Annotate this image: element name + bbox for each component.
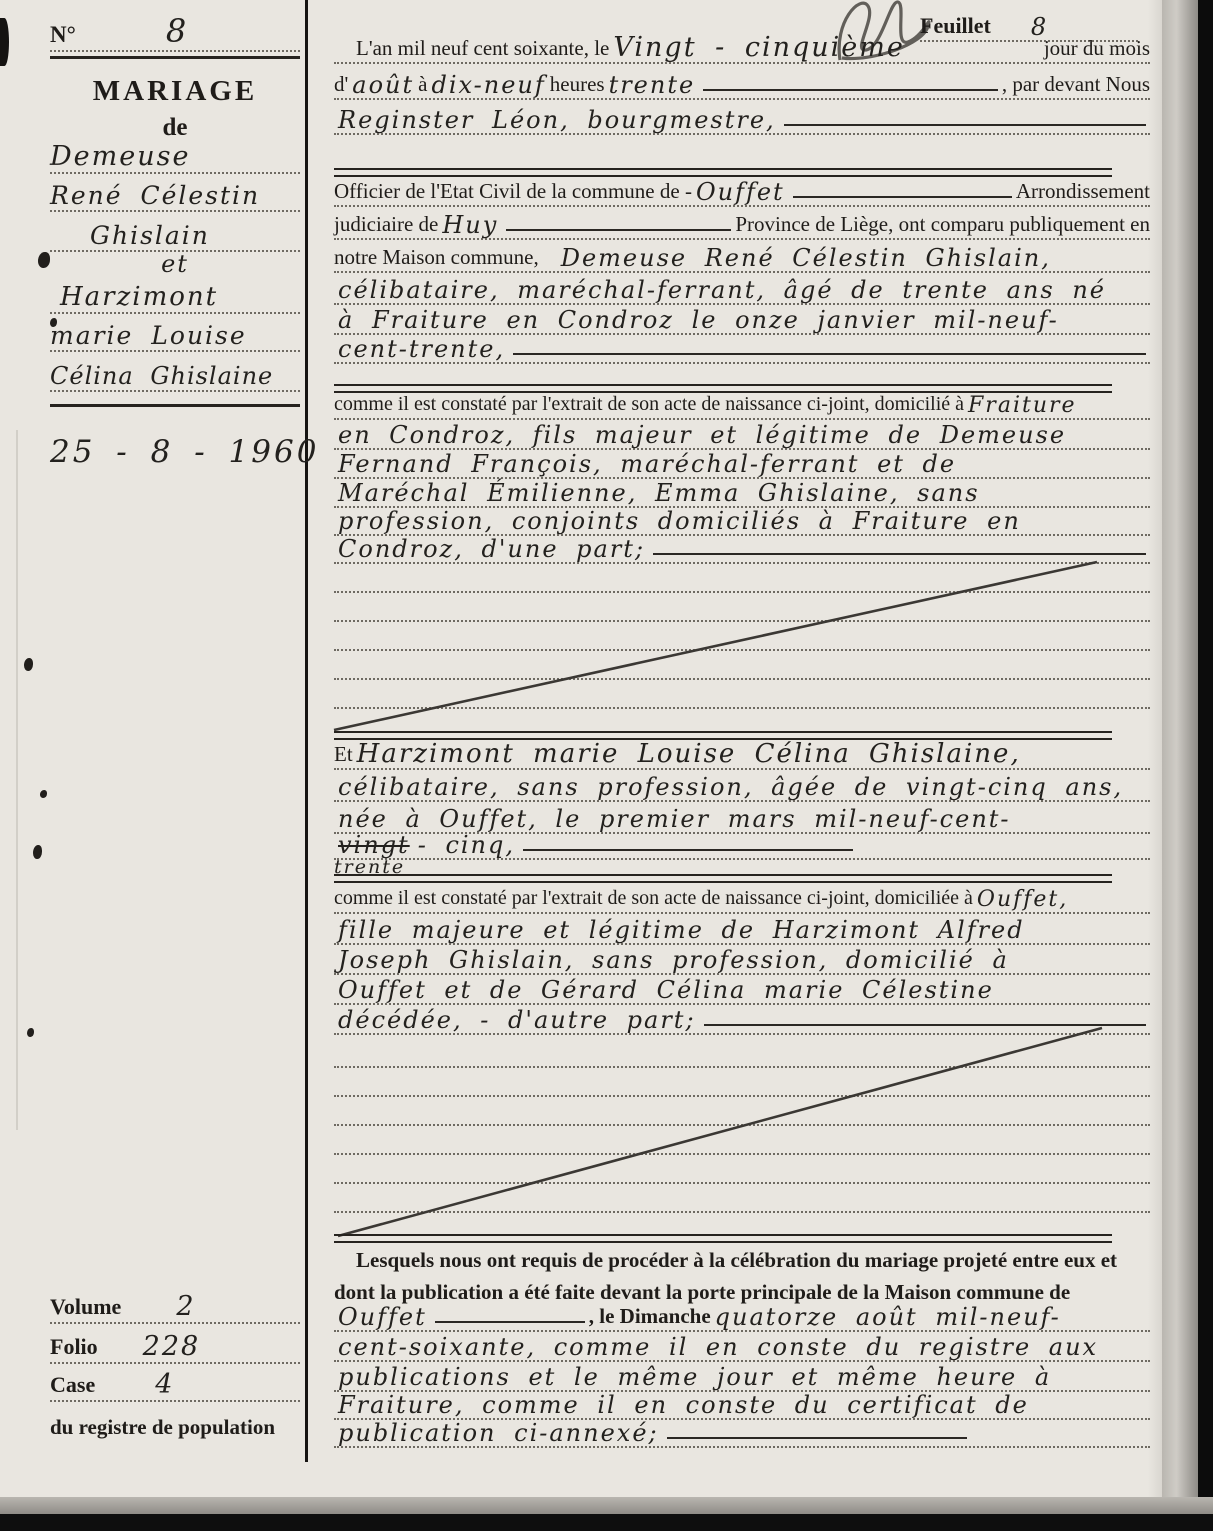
printed-segment: jour du mois: [1044, 37, 1150, 62]
ruled-fill-line: [667, 1437, 967, 1439]
marriage-register-page: N° 8 MARIAGE de Demeuse René Célestin Gh…: [0, 0, 1213, 1531]
margin-date-row: 25 - 8 - 1960: [50, 426, 300, 470]
ink-spot: [27, 1028, 34, 1037]
volume-row: Volume 2: [50, 1286, 300, 1324]
act-number-label: N°: [50, 22, 76, 50]
handwritten-segment: Vingt - cinquième: [609, 34, 908, 62]
scan-border-right: [1198, 0, 1213, 1531]
handwritten-segment: publication ci-annexé;: [334, 1421, 663, 1446]
register-note-row: du registre de population: [50, 1406, 300, 1440]
case-value: 4: [155, 1369, 174, 1400]
handwritten-segment: août: [348, 73, 418, 98]
bride-name-line: Célina Ghislaine: [50, 352, 300, 392]
bride-thirdname: Célina Ghislaine: [50, 362, 273, 390]
groom-surname: Demeuse: [50, 141, 190, 172]
groom-name-line: Demeuse: [50, 134, 300, 174]
volume-label: Volume: [50, 1294, 121, 1322]
column-divider-rule: [305, 0, 308, 1462]
case-label: Case: [50, 1372, 95, 1400]
printed-segment: heures: [550, 73, 605, 98]
handwritten-segment: cent-trente,: [334, 337, 509, 362]
margin-title-row: MARIAGE: [50, 72, 300, 108]
volume-value: 2: [176, 1291, 195, 1322]
act-date: 25 - 8 - 1960: [50, 434, 319, 470]
ink-spot: [38, 252, 50, 268]
body-line: Reginster Léon, bourgmestre,: [334, 97, 1150, 135]
groom-name-line: René Célestin: [50, 172, 300, 212]
diagonal-strike-line: [322, 552, 1112, 737]
ink-spot: [33, 845, 42, 859]
ruled-fill-line: [784, 124, 1146, 126]
bride-firstnames: marie Louise: [50, 321, 247, 350]
register-note: du registre de population: [50, 1415, 275, 1440]
case-row: Case 4: [50, 1364, 300, 1402]
handwritten-segment: Reginster Léon, bourgmestre,: [334, 108, 780, 133]
ink-spot: [24, 658, 33, 671]
bride-name-line: Harzimont: [50, 274, 300, 314]
groom-thirdname: Ghislain: [90, 221, 210, 250]
handwritten-segment: - cinq,: [414, 833, 519, 858]
margin-rule-top: [50, 56, 300, 59]
margin-rule-bottom: [50, 404, 300, 407]
body-line: publication ci-annexé;: [334, 1410, 1150, 1448]
groom-name-line: Ghislain: [50, 212, 300, 252]
printed-segment: Lesquels nous ont requis de procéder à l…: [334, 1249, 1117, 1274]
ruled-fill-line: [523, 849, 853, 851]
diagonal-strike-line: [322, 1020, 1112, 1242]
folio-value: 228: [143, 1331, 201, 1362]
folio-row: Folio 228: [50, 1326, 300, 1364]
groom-firstnames: René Célestin: [50, 181, 260, 210]
act-body: Feuillet 8 L'an mil neuf cent soixante, …: [322, 0, 1152, 1531]
ruled-fill-line: [793, 196, 1012, 198]
body-line: Lesquels nous ont requis de procéder à l…: [334, 1240, 1150, 1274]
ruled-fill-line: [506, 229, 731, 231]
handwritten-segment: dix-neuf: [427, 73, 549, 98]
handwritten-segment: trente: [605, 73, 700, 98]
ink-spot: [40, 790, 47, 798]
ruled-fill-line: [435, 1321, 585, 1323]
body-line: cent-trente,: [334, 326, 1150, 364]
act-number-row: N° 8: [50, 14, 300, 52]
book-page-edge: [1162, 0, 1198, 1531]
act-number-value: 8: [166, 12, 188, 50]
folio-label: Folio: [50, 1334, 98, 1362]
printed-segment: , par devant Nous: [1002, 73, 1150, 98]
paper-crease: [16, 430, 18, 1130]
ruled-fill-line: [703, 89, 998, 91]
bride-surname: Harzimont: [60, 282, 218, 312]
body-line: L'an mil neuf cent soixante, le Vingt - …: [334, 26, 1150, 64]
body-line: d' août à dix-neuf heures trente , par d…: [334, 62, 1150, 100]
page-title: MARIAGE: [93, 75, 257, 108]
body-line: vingt - cinq,: [334, 822, 1150, 860]
bride-name-line: marie Louise: [50, 312, 300, 352]
printed-segment: à: [418, 73, 427, 98]
printed-segment: L'an mil neuf cent soixante, le: [334, 37, 609, 62]
ink-blot: [0, 18, 9, 66]
handwritten-struck-segment: vingt: [334, 833, 414, 858]
ruled-fill-line: [513, 353, 1146, 355]
printed-segment: d': [334, 73, 348, 98]
